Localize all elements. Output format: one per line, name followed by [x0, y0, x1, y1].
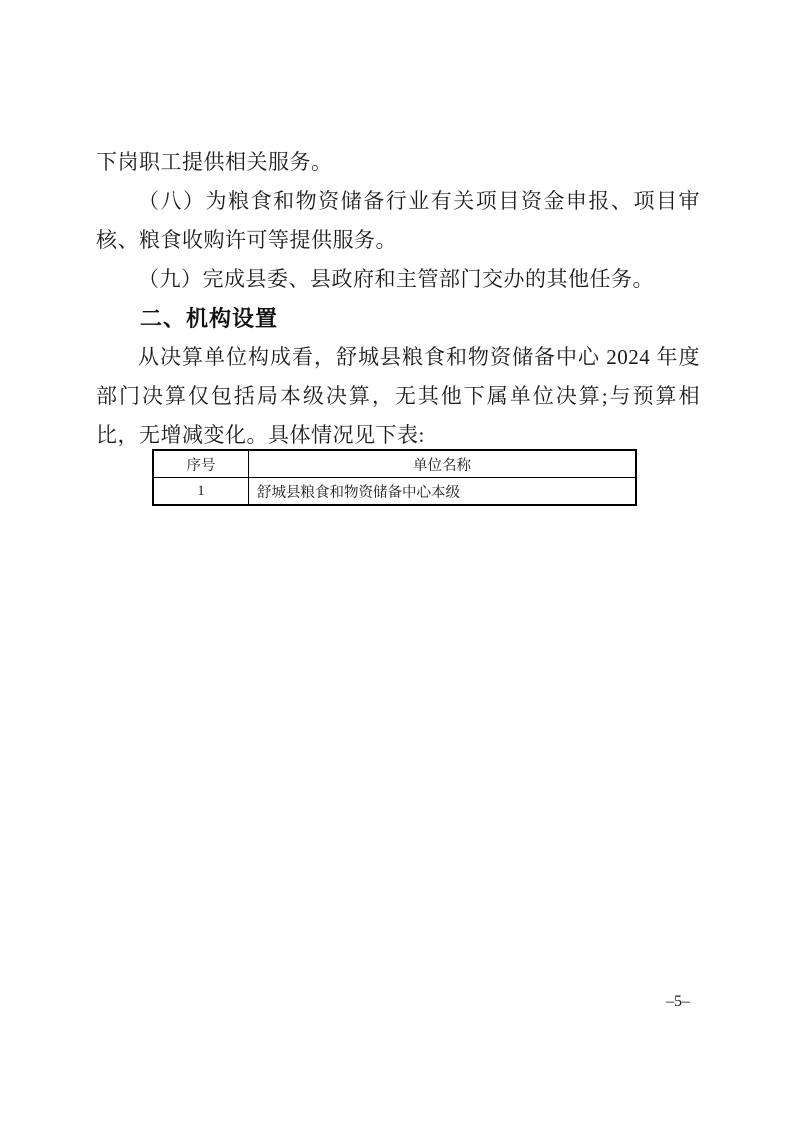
document-page: 下岗职工提供相关服务。 （八）为粮食和物资储备行业有关项目资金申报、项目审核、粮… [0, 0, 793, 1122]
table-row: 1 舒城县粮食和物资储备中心本级 [153, 478, 636, 506]
cell-unit-name: 舒城县粮食和物资储备中心本级 [249, 478, 637, 506]
page-number: –5– [652, 992, 704, 1012]
unit-list-table: 序号 单位名称 1 舒城县粮食和物资储备中心本级 [152, 449, 637, 506]
paragraph-org-composition: 从决算单位构成看，舒城县粮食和物资储备中心 2024 年度部门决算仅包括局本级决… [96, 338, 700, 455]
cell-row-index: 1 [153, 478, 249, 506]
document-body: 下岗职工提供相关服务。 （八）为粮食和物资储备行业有关项目资金申报、项目审核、粮… [96, 143, 700, 506]
paragraph-item-8: （八）为粮食和物资储备行业有关项目资金申报、项目审核、粮食收购许可等提供服务。 [96, 182, 700, 260]
paragraph-item-9: （九）完成县委、县政府和主管部门交办的其他任务。 [96, 260, 700, 299]
section-heading-org-setup: 二、机构设置 [96, 299, 700, 338]
paragraph-continuation: 下岗职工提供相关服务。 [96, 143, 700, 182]
